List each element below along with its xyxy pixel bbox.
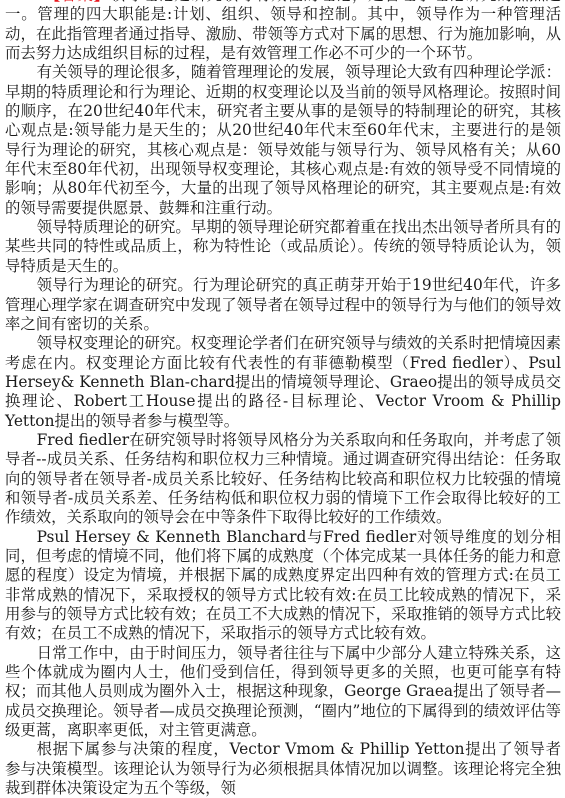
answer-tag: 【答案】 [45,0,110,4]
paragraph-situational-leadership: Psul Hersey & Kenneth Blanchard与Fred fie… [5,528,561,567]
paragraph-text: 领导理论是研究领导有效性的理论，是管理学理论研究的热点之一。管理的四大职能是:计… [5,0,561,62]
paragraph-theory-schools: 有关领导的理论很多，随着管理理论的发展，领导理论大致有四种理论学派：早期的特质理… [5,63,561,218]
document-body: 【答案】领导理论是研究领导有效性的理论，是管理学理论研究的热点之一。管理的四大职… [5,0,561,567]
paragraph-contingency-theory: 领导权变理论的研究。权变理论学者们在研究领导与绩效的关系时把情境因素考虑在内。权… [5,334,561,431]
paragraph-behavior-theory: 领导行为理论的研究。行为理论研究的真正萌芽开始于19世纪40年代，许多管理心理学… [5,276,561,334]
paragraph-fiedler-model: Fred fiedler在研究领导时将领导风格分为关系取向和任务取向，并考虑了领… [5,431,561,528]
paragraph-answer-intro: 【答案】领导理论是研究领导有效性的理论，是管理学理论研究的热点之一。管理的四大职… [5,0,561,63]
paragraph-trait-theory: 领导特质理论的研究。早期的领导理论研究都着重在找出杰出领导者所具有的某些共同的特… [5,218,561,276]
